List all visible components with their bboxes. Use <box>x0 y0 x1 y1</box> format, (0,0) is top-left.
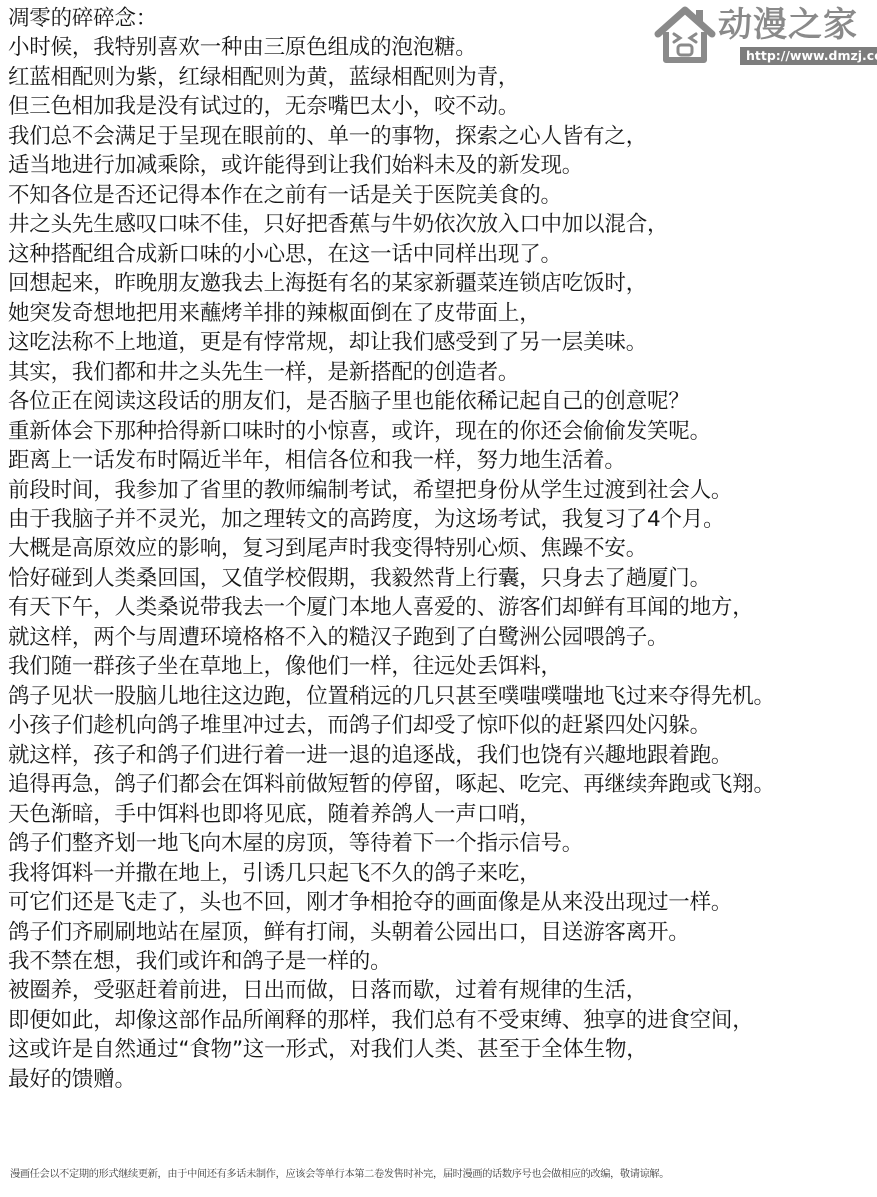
text-line: 鸽子见状一股脑儿地往这边跑，位置稍远的几只甚至噗嗤噗嗤地飞过来夺得先机。 <box>8 682 868 711</box>
text-line: 不知各位是否还记得本作在之前有一话是关于医院美食的。 <box>8 181 868 210</box>
text-line: 我们随一群孩子坐在草地上，像他们一样，往远处丢饵料， <box>8 652 868 681</box>
afterword-heading: 凋零的碎碎念： <box>8 4 868 33</box>
afterword-text: 凋零的碎碎念： 小时候，我特别喜欢一种由三原色组成的泡泡糖。 红蓝相配则为紫，红… <box>8 4 868 1094</box>
text-line: 最好的馈赠。 <box>8 1065 868 1094</box>
text-line: 可它们还是飞走了，头也不回，刚才争相抢夺的画面像是从来没出现过一样。 <box>8 888 868 917</box>
text-line: 就这样，孩子和鸽子们进行着一进一退的追逐战，我们也饶有兴趣地跟着跑。 <box>8 741 868 770</box>
text-line: 我将饵料一并撒在地上，引诱几只起飞不久的鸽子来吃， <box>8 859 868 888</box>
text-line: 她突发奇想地把用来蘸烤羊排的辣椒面倒在了皮带面上， <box>8 299 868 328</box>
text-line: 这种搭配组合成新口味的小心思，在这一话中同样出现了。 <box>8 240 868 269</box>
text-line: 但三色相加我是没有试过的，无奈嘴巴太小，咬不动。 <box>8 92 868 121</box>
text-line: 距离上一话发布时隔近半年，相信各位和我一样，努力地生活着。 <box>8 446 868 475</box>
text-line: 红蓝相配则为紫，红绿相配则为黄，蓝绿相配则为青， <box>8 63 868 92</box>
text-line: 被圈养，受驱赶着前进，日出而做，日落而歇，过着有规律的生活， <box>8 976 868 1005</box>
text-line: 鸽子们齐刷刷地站在屋顶，鲜有打闹，头朝着公园出口，目送游客离开。 <box>8 918 868 947</box>
text-line: 小时候，我特别喜欢一种由三原色组成的泡泡糖。 <box>8 33 868 62</box>
afterword-page: 动漫之家 http://www.dmzj.com 凋零的碎碎念： 小时候，我特别… <box>0 0 877 1197</box>
text-line: 大概是高原效应的影响，复习到尾声时我变得特别心烦、焦躁不安。 <box>8 534 868 563</box>
text-line: 我不禁在想，我们或许和鸽子是一样的。 <box>8 947 868 976</box>
text-line: 我们总不会满足于呈现在眼前的、单一的事物，探索之心人皆有之， <box>8 122 868 151</box>
text-line: 回想起来，昨晚朋友邀我去上海挺有名的某家新疆菜连锁店吃饭时， <box>8 269 868 298</box>
text-line: 重新体会下那种拾得新口味时的小惊喜，或许，现在的你还会偷偷发笑呢。 <box>8 417 868 446</box>
footer-note: 漫画任会以不定期的形式继续更新，由于中间还有多话未制作，应该会等单行本第二卷发售… <box>10 1168 669 1182</box>
text-line: 即便如此，却像这部作品所阐释的那样，我们总有不受束缚、独享的进食空间， <box>8 1006 868 1035</box>
text-line: 就这样，两个与周遭环境格格不入的糙汉子跑到了白鹭洲公园喂鸽子。 <box>8 623 868 652</box>
text-line: 追得再急，鸽子们都会在饵料前做短暂的停留，啄起、吃完、再继续奔跑或飞翔。 <box>8 770 868 799</box>
text-line: 鸽子们整齐划一地飞向木屋的房顶，等待着下一个指示信号。 <box>8 829 868 858</box>
text-line: 由于我脑子并不灵光，加之理转文的高跨度，为这场考试，我复习了4个月。 <box>8 505 868 534</box>
text-line: 井之头先生感叹口味不佳，只好把香蕉与牛奶依次放入口中加以混合， <box>8 210 868 239</box>
text-line: 恰好碰到人类桑回国，又值学校假期，我毅然背上行囊，只身去了趟厦门。 <box>8 564 868 593</box>
text-line: 这吃法称不上地道，更是有悖常规，却让我们感受到了另一层美味。 <box>8 328 868 357</box>
text-line: 其实，我们都和井之头先生一样，是新搭配的创造者。 <box>8 358 868 387</box>
text-line: 小孩子们趁机向鸽子堆里冲过去，而鸽子们却受了惊吓似的赶紧四处闪躲。 <box>8 711 868 740</box>
text-line: 适当地进行加减乘除，或许能得到让我们始料未及的新发现。 <box>8 151 868 180</box>
text-line: 各位正在阅读这段话的朋友们，是否脑子里也能依稀记起自己的创意呢？ <box>8 387 868 416</box>
text-line: 有天下午，人类桑说带我去一个厦门本地人喜爱的、游客们却鲜有耳闻的地方， <box>8 593 868 622</box>
text-line: 这或许是自然通过“食物”这一形式，对我们人类、甚至于全体生物， <box>8 1035 868 1064</box>
text-line: 天色渐暗，手中饵料也即将见底，随着养鸽人一声口哨， <box>8 800 868 829</box>
text-line: 前段时间，我参加了省里的教师编制考试，希望把身份从学生过渡到社会人。 <box>8 476 868 505</box>
